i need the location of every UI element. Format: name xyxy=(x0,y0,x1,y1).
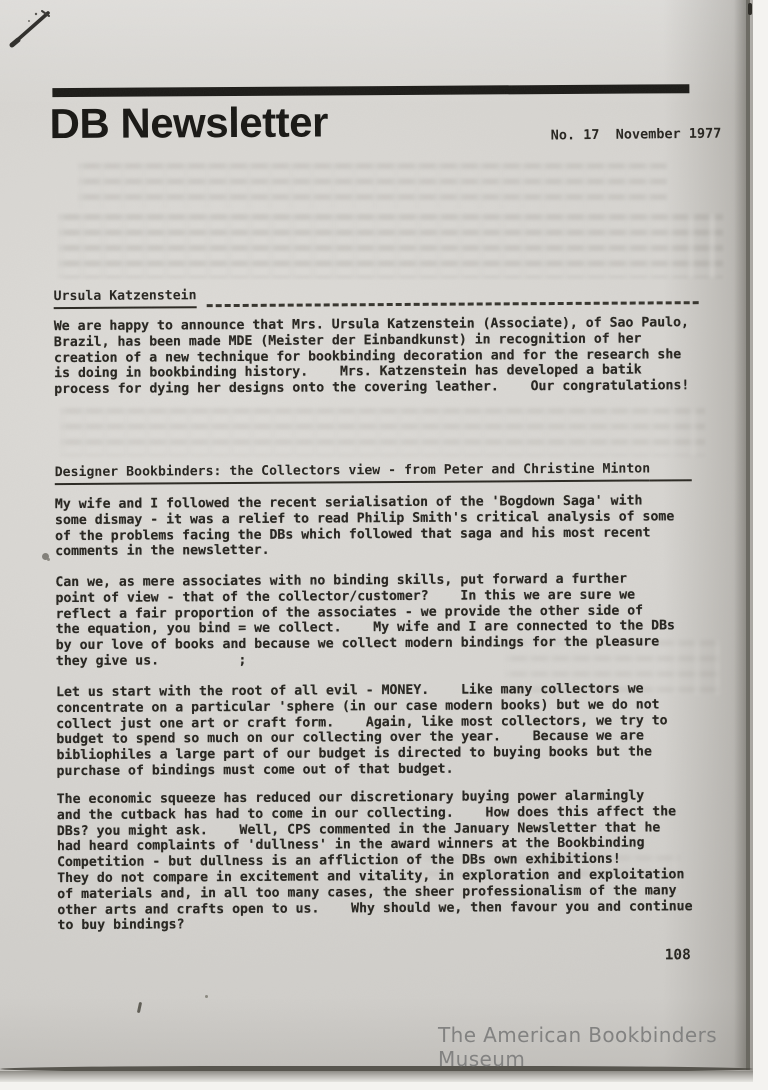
paragraph-bogdown-saga: My wife and I followed the recent serial… xyxy=(55,493,675,560)
section-heading-label: Designer Bookbinders: the Collectors vie… xyxy=(55,461,651,485)
section-heading-ursula-katzenstein: Ursula Katzenstein xyxy=(54,285,699,309)
heading-solid-rule xyxy=(650,479,692,481)
paragraph-economic-squeeze: The economic squeeze has reduced our dis… xyxy=(57,788,693,934)
page-right-edge-shadow xyxy=(734,0,746,1070)
typed-content: DB Newsletter No. 17 November 1977 Ursul… xyxy=(0,0,756,1072)
ink-smudge xyxy=(205,995,208,998)
page-number: 108 xyxy=(665,947,691,963)
heading-dash-rule xyxy=(207,301,699,307)
corner-mark xyxy=(748,3,752,15)
newsletter-title: DB Newsletter xyxy=(49,100,328,146)
page-bottom-shadow xyxy=(0,1071,753,1082)
ink-smudge xyxy=(42,553,49,560)
issue-number-date: No. 17 November 1977 xyxy=(551,126,722,144)
header-rule-bar xyxy=(52,84,689,97)
section-heading-collectors-view: Designer Bookbinders: the Collectors vie… xyxy=(55,461,700,485)
page-right-edge xyxy=(746,0,750,1070)
paragraph-collector-customer: Can we, as mere associates with no bindi… xyxy=(55,571,675,670)
section-heading-label: Ursula Katzenstein xyxy=(54,288,197,309)
scanned-newsletter-page: DB Newsletter No. 17 November 1977 Ursul… xyxy=(0,0,768,1090)
paper-sheet: DB Newsletter No. 17 November 1977 Ursul… xyxy=(0,0,753,1072)
paragraph-money: Let us start with the root of all evil -… xyxy=(56,681,668,780)
paragraph-katzenstein-announcement: We are happy to announce that Mrs. Ursul… xyxy=(54,315,690,398)
museum-watermark: The American Bookbinders Museum xyxy=(438,1023,768,1071)
